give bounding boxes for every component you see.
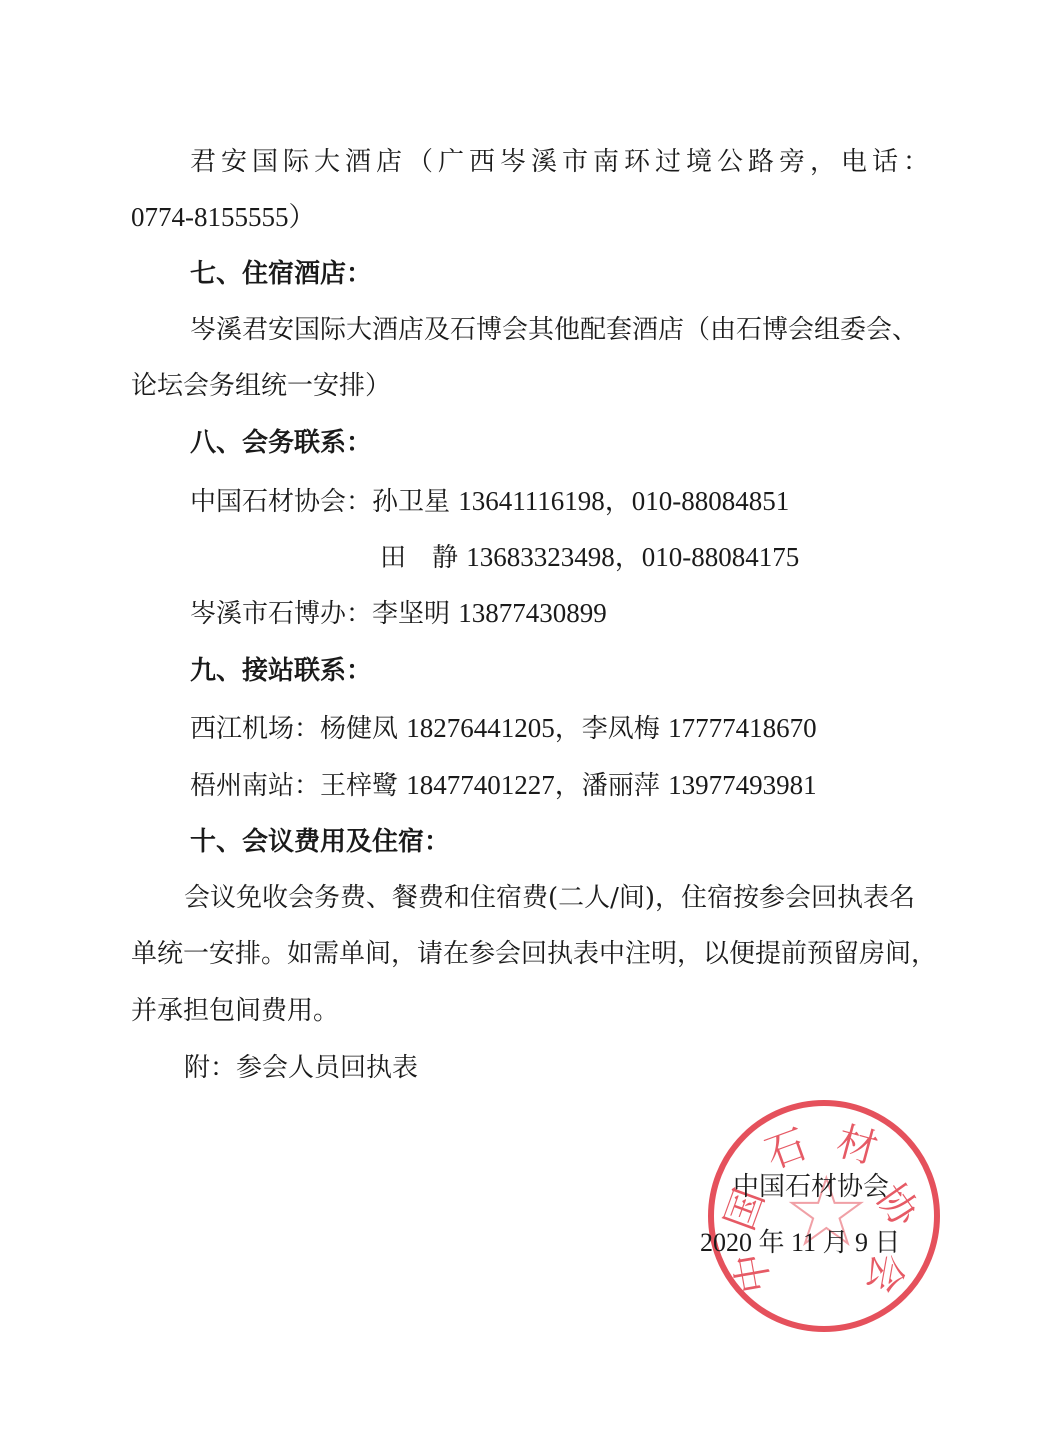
hotel-address-line2: 0774-8155555） (131, 201, 316, 233)
section10-body-line1: 会议免收会务费、餐费和住宿费(二人/间)，住宿按参会回执表名 (184, 882, 915, 914)
contact-phones: 13683323498，010-88084175 (466, 542, 799, 572)
pickup-phone: 17777418670 (668, 713, 817, 743)
pickup-row: 西江机场：杨健凤 18276441205，李凤梅 17777418670 (190, 712, 817, 745)
contact-org: 中国石材协会： (190, 487, 372, 517)
section8-title: 八、会务联系： (190, 427, 372, 459)
hotel-address-line1: 君安国际大酒店（广西岑溪市南环过境公路旁，电话： (190, 146, 934, 178)
contact-phones: 13877430899 (458, 598, 607, 628)
section7-body-line2: 论坛会务组统一安排） (131, 370, 391, 402)
pickup-phone: 18276441205， (406, 713, 582, 743)
section7-title: 七、住宿酒店： (190, 258, 372, 290)
pickup-name: 杨健凤 (320, 714, 398, 744)
contact-row: 中国石材协会：孙卫星 13641116198，010-88084851 (190, 485, 789, 518)
section10-body-line3: 并承担包间费用。 (131, 995, 339, 1027)
contact-row: 岑溪市石博办：李坚明 13877430899 (190, 597, 607, 630)
contact-name: 孙卫星 (372, 487, 450, 517)
contact-org: 岑溪市石博办： (190, 599, 372, 629)
contact-row: 田 静 13683323498，010-88084175 (380, 541, 799, 574)
attachment-note: 附：参会人员回执表 (184, 1052, 418, 1084)
pickup-phone: 18477401227， (406, 770, 582, 800)
signature-organization: 中国石材协会 (733, 1166, 889, 1203)
pickup-name: 李凤梅 (582, 714, 660, 744)
pickup-place: 西江机场： (190, 714, 320, 744)
section10-title: 十、会议费用及住宿： (190, 826, 450, 858)
section7-body-line1: 岑溪君安国际大酒店及石博会其他配套酒店（由石博会组委会、 (190, 314, 918, 346)
section9-title: 九、接站联系： (190, 655, 372, 687)
contact-name: 李坚明 (372, 599, 450, 629)
section10-body-line2: 单统一安排。如需单间，请在参会回执表中注明，以便提前预留房间， (131, 938, 937, 970)
signature-date: 2020 年 11 月 9 日 (700, 1222, 901, 1259)
pickup-name: 潘丽萍 (582, 771, 660, 801)
pickup-place: 梧州南站： (190, 771, 320, 801)
contact-name: 田 静 (380, 543, 458, 573)
contact-phones: 13641116198，010-88084851 (458, 486, 789, 516)
pickup-phone: 13977493981 (668, 770, 817, 800)
pickup-row: 梧州南站：王梓鹭 18477401227，潘丽萍 13977493981 (190, 769, 817, 802)
pickup-name: 王梓鹭 (320, 771, 398, 801)
